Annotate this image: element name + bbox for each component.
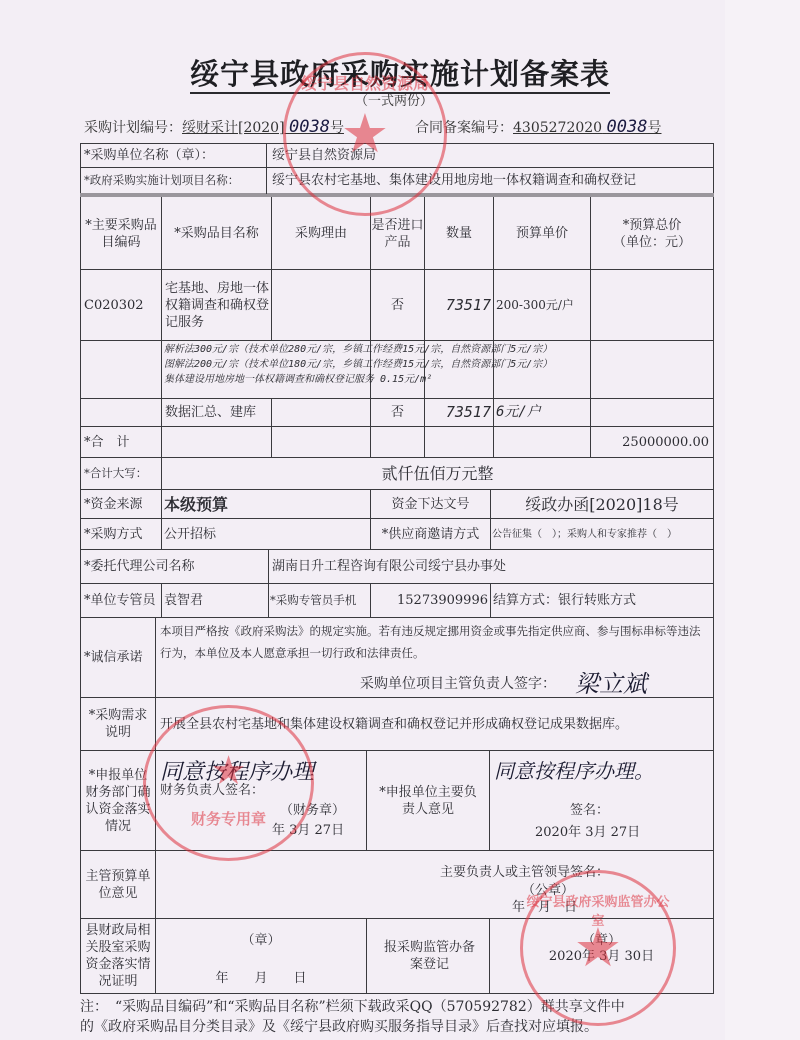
finance-bureau-label: 县财政局相关股室采购资金落实情况证明 — [81, 919, 155, 993]
footer-note-line2: 的《政府采购品目分类目录》及《绥宁县政府购买服务指导目录》后查找对应填报。 — [80, 1016, 598, 1036]
fund-source-value: 本级预算 — [164, 490, 370, 518]
item-quantity: 73517 — [425, 270, 493, 340]
integrity-label: *诚信承诺 — [84, 618, 155, 697]
supervisor-date: 年 月 日 — [512, 897, 612, 917]
item-unit-price: 200-300元/户 — [496, 270, 590, 340]
finance-seal: （财务章） — [280, 800, 360, 820]
fund-source-label: *资金来源 — [84, 490, 161, 518]
header-total-price: *预算总价 （单位：元） — [591, 198, 713, 269]
finance-date: 年 3月 27日 — [272, 820, 362, 840]
unit-value: 绥宁县自然资源局 — [272, 144, 712, 167]
total-upper-label: *合计大写： — [84, 458, 161, 489]
demand-value: 开展全县农村宅基地和集体建设权籍调查和确权登记并形成确权登记成果数据库。 — [160, 698, 712, 750]
agent-value: 湖南日升工程咨询有限公司绥宁县办事处 — [272, 550, 712, 583]
agent-label: *委托代理公司名称 — [84, 550, 268, 583]
footer-note-line1: 注： “采购品目编码”和“采购品目名称”栏须下载政采QQ（570592782）群… — [80, 996, 625, 1016]
item-code: C020302 — [84, 270, 161, 340]
invite-label: *供应商邀请方式 — [371, 519, 490, 549]
total-upper-value: 贰仟伍佰万元整 — [162, 458, 713, 489]
note-line: 解析法300元/宗（技术单位280元/宗，乡镇工作经费15元/宗，自然资源部门5… — [164, 342, 594, 357]
supervisor-label: 主管预算单位意见 — [81, 851, 155, 918]
unit-label: *采购单位名称（章）： — [84, 144, 264, 167]
invite-value: 公告征集（ ）；采购人和专家推荐（ ） — [492, 519, 712, 549]
paper-edge — [725, 0, 800, 1040]
header-reason: 采购理由 — [272, 198, 370, 269]
header-item-code: *主要采购品 目编码 — [81, 198, 161, 269]
contract-number: 合同备案编号：4305272020 0038号 — [415, 117, 661, 137]
leader-handwriting: 同意按程序办理。 — [494, 755, 654, 784]
note-line: 图解法200元/宗（技术单位180元/宗，乡镇工作经费15元/宗，自然资源部门5… — [164, 357, 594, 372]
method-value: 公开招标 — [164, 519, 370, 549]
project-label: *政府采购实施计划项目名称： — [84, 168, 266, 193]
integrity-sign-label: 采购单位项目主管负责人签字： — [360, 672, 590, 696]
item-name: 宅基地、房地一体权籍调查和确权登记服务 — [165, 270, 269, 340]
leader-date: 2020年 3月 27日 — [535, 822, 695, 842]
header-imported: 是否进口产品 — [371, 198, 424, 269]
registration-label: 报采购监管办备案登记 — [370, 919, 489, 993]
leader-sign-label: 签名： — [570, 800, 620, 820]
finance-bureau-seal: （章） — [156, 930, 366, 950]
registration-date: 2020年 3月 30日 — [490, 946, 713, 966]
item-unit-price: 6元/户 — [496, 399, 590, 426]
phone-value: 15273909996 — [371, 584, 488, 617]
finance-sign-label: 财务负责人签名： — [160, 780, 290, 800]
item-imported: 否 — [371, 270, 424, 340]
demand-label: *采购需求说明 — [81, 698, 155, 750]
project-value: 绥宁县农村宅基地、集体建设用地房地一体权籍调查和确权登记 — [272, 168, 714, 193]
item-imported: 否 — [371, 399, 424, 426]
finance-bureau-date: 年 月 日 — [156, 968, 366, 988]
header-unit-price: 预算单价 — [494, 198, 590, 269]
settlement-method: 结算方式：银行转账方式 — [493, 584, 712, 617]
finance-confirm-label: *申报单位财务部门确认资金落实情况 — [81, 751, 155, 850]
fund-doc-label: 资金下达文号 — [371, 490, 490, 518]
item-name: 数据汇总、建库 — [165, 399, 269, 426]
method-label: *采购方式 — [84, 519, 161, 549]
header-quantity: 数量 — [425, 198, 493, 269]
document-title: 绥宁县政府采购实施计划备案表 — [0, 52, 800, 93]
manager-label: *单位专管员 — [84, 584, 161, 617]
document-subtitle: （一式两份） — [355, 90, 433, 109]
note-line: 集体建设用地房地一体权籍调查和确权登记服务 0.15元/m² — [164, 372, 594, 387]
header-item-name: *采购品目名称 — [162, 198, 271, 269]
leader-opinion-label: *申报单位主要负责人意见 — [367, 751, 489, 850]
fund-doc-value: 绥政办函[2020]18号 — [491, 490, 713, 518]
total-value: 25000000.00 — [591, 427, 709, 457]
total-label: *合 计 — [84, 427, 161, 457]
manager-value: 袁智君 — [164, 584, 268, 617]
item-quantity: 73517 — [425, 399, 493, 426]
supervisor-sign-label: 主要负责人或主管领导签名： — [440, 862, 670, 882]
integrity-signature: 梁立斌 — [575, 664, 647, 699]
phone-label: *采购专管员手机 — [270, 584, 370, 617]
document-page: 绥宁县政府采购实施计划备案表 （一式两份） 采购计划编号：绥财采计[2020] … — [0, 0, 800, 1040]
integrity-text: 本项目严格按《政府采购法》的规定实施。若有违反规定挪用资金或事先指定供应商、参与… — [160, 620, 710, 666]
plan-number: 采购计划编号：绥财采计[2020] 0038号 — [84, 117, 344, 137]
